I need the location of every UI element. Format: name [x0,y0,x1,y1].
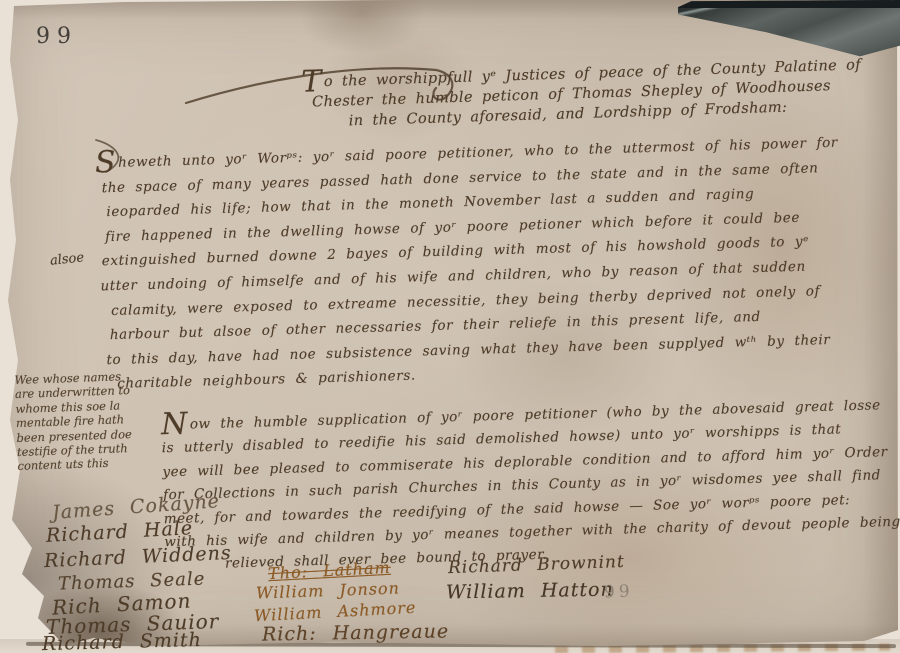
margin-attestation: Wee whose names are underwritten to whom… [14,369,133,474]
manuscript-photo: 99 To the worshippfull yᵉ Justices of pe… [0,0,900,653]
signature-richard-smith: Richard Smith [42,629,202,653]
petition-request: Now the humble supplication of yoʳ poore… [161,394,900,578]
petition-body: Sheweth unto yoʳ Worᵖˢ: yoʳ said poore p… [95,131,845,398]
pencil-folio-number: 99 [604,581,634,602]
signature-william-hatton: William Hatton [446,579,614,604]
signature-rich-hangreaue: Rich: Hangreaue [262,620,449,645]
folio-number: 99 [36,24,78,49]
